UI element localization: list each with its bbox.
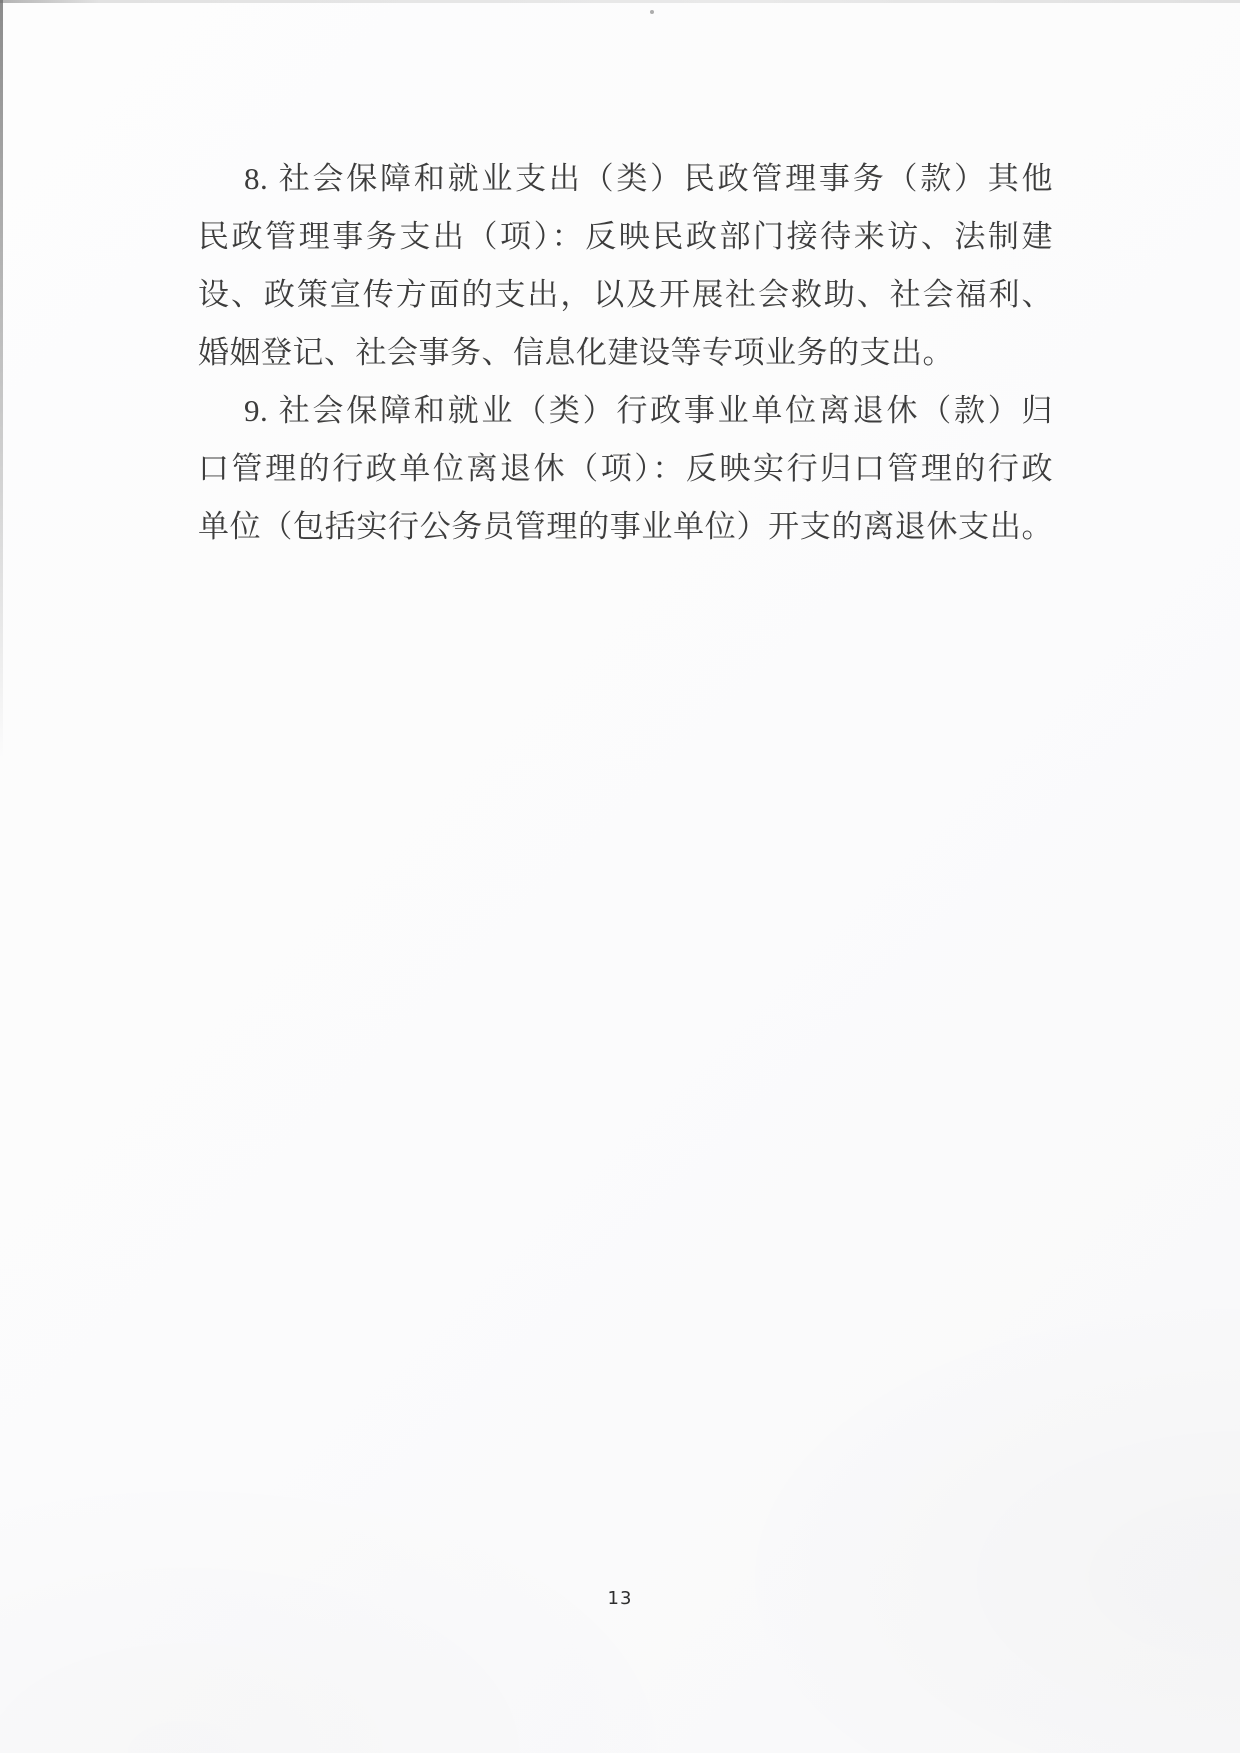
scan-edge-left-artifact [0,0,3,760]
paragraph-9-line-2: 口管理的行政单位离退休（项）：反映实行归口管理的行政 [198,440,1053,498]
paragraph-8-line-4: 婚姻登记、社会事务、信息化建设等专项业务的支出。 [198,324,1053,382]
scan-edge-top-artifact [0,0,1240,3]
document-body-text: 8. 社会保障和就业支出（类）民政管理事务（款）其他 民政管理事务支出（项）：反… [198,150,1053,556]
paragraph-8-line-1: 8. 社会保障和就业支出（类）民政管理事务（款）其他 [198,150,1053,208]
scan-speck-artifact [650,10,654,14]
page-number: 13 [0,1588,1240,1609]
paragraph-8-line-2: 民政管理事务支出（项）：反映民政部门接待来访、法制建 [198,208,1053,266]
paragraph-8-line-3: 设、政策宣传方面的支出，以及开展社会救助、社会福利、 [198,266,1053,324]
paragraph-9-line-3: 单位（包括实行公务员管理的事业单位）开支的离退休支出。 [198,498,1053,556]
scanned-document-page: 8. 社会保障和就业支出（类）民政管理事务（款）其他 民政管理事务支出（项）：反… [0,0,1240,1753]
paragraph-9-line-1: 9. 社会保障和就业（类）行政事业单位离退休（款）归 [198,382,1053,440]
